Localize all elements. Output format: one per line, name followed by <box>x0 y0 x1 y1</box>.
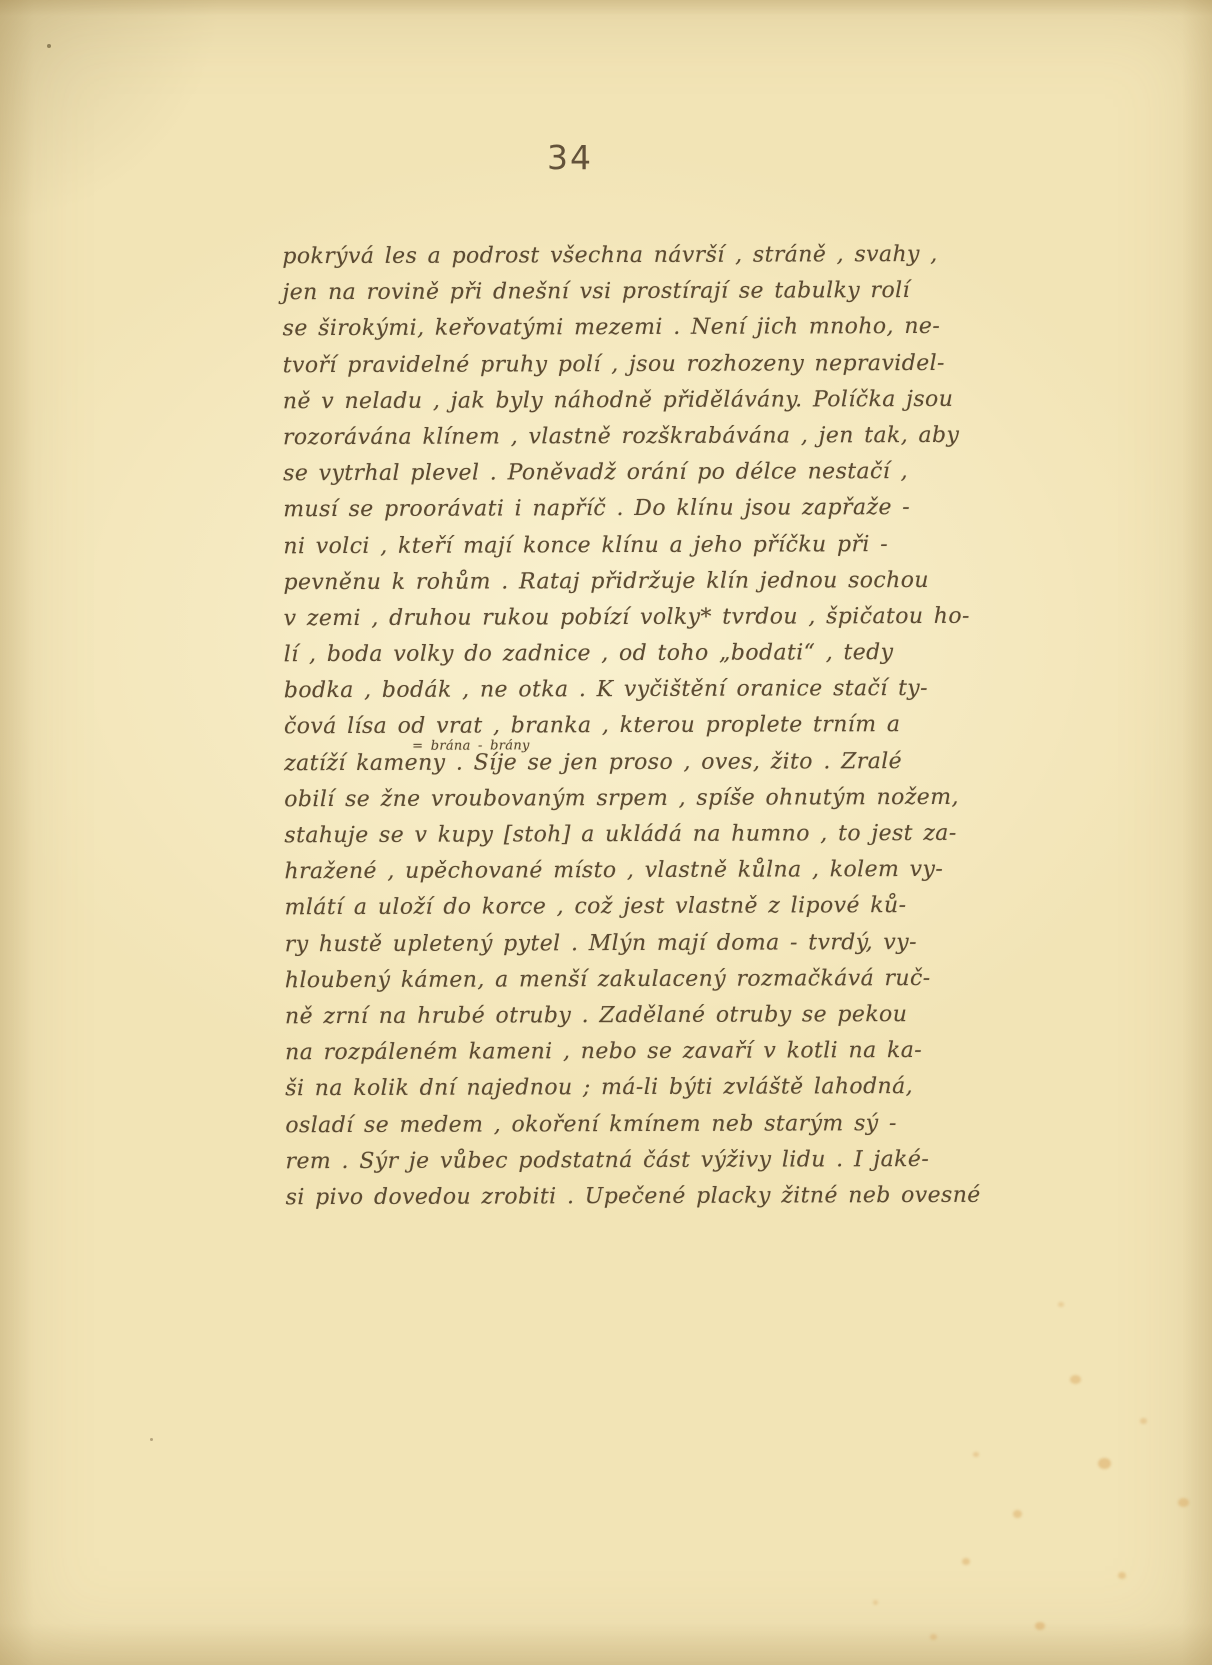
foxing-stain <box>873 1600 878 1605</box>
paper-speck <box>150 1438 153 1441</box>
foxing-stain <box>1013 1510 1022 1518</box>
foxing-stain <box>1178 1498 1189 1507</box>
foxing-stain <box>1035 1622 1045 1630</box>
text-line: se vytrhal plevel . Poněvadž orání po dé… <box>283 454 973 493</box>
foxing-stain <box>973 1452 979 1457</box>
foxing-stain <box>1058 1302 1064 1307</box>
text-line: ni volci , kteří mají konce klínu a jeho… <box>283 526 973 565</box>
text-line: hražené , upěchované místo , vlastně kůl… <box>284 852 974 891</box>
text-line: si pivo dovedou zrobiti . Upečené placky… <box>286 1178 976 1217</box>
foxing-stain <box>1118 1572 1126 1579</box>
text-line: musí se proorávati i napříč . Do klínu j… <box>283 490 973 529</box>
text-line-with-annotation: = brána - brány zatíží kameny . Síje se … <box>284 743 974 782</box>
foxing-stain <box>962 1558 970 1565</box>
page-number: 34 <box>525 138 615 177</box>
text-line: rem . Sýr je vůbec podstatná část výživy… <box>285 1141 975 1180</box>
text-line: ry hustě upletený pytel . Mlýn mají doma… <box>285 924 975 963</box>
text-line: pevněnu k rohům . Rataj přidržuje klín j… <box>283 562 973 601</box>
foxing-stain <box>1070 1375 1081 1384</box>
text-line: lí , boda volky do zadnice , od toho „bo… <box>284 635 974 674</box>
text-line: na rozpáleném kameni , nebo se zavaří v … <box>285 1033 975 1072</box>
text-line: bodka , bodák , ne otka . K vyčištění or… <box>284 671 974 710</box>
text-line: pokrývá les a podrost všechna návrší , s… <box>282 237 972 276</box>
text-line: jen na rovině při dnešní vsi prostírají … <box>282 273 972 312</box>
text-line: ši na kolik dní najednou ; má-li býti zv… <box>285 1069 975 1108</box>
text-line: ně zrní na hrubé otruby . Zadělané otrub… <box>285 997 975 1036</box>
handwritten-text-block: pokrývá les a podrost všechna návrší , s… <box>282 237 975 1216</box>
text-line: osladí se medem , okoření kmínem neb sta… <box>285 1105 975 1144</box>
text-line: ně v neladu , jak byly náhodně přidělává… <box>283 382 973 421</box>
manuscript-page: 34 pokrývá les a podrost všechna návrší … <box>0 0 1212 1665</box>
text-line: hloubený kámen, a menší zakulacený rozma… <box>285 961 975 1000</box>
text-line: zatíží kameny . Síje se jen proso , oves… <box>284 749 902 776</box>
text-line: stahuje se v kupy [stoh] a ukládá na hum… <box>284 816 974 855</box>
foxing-stain <box>1098 1458 1111 1469</box>
text-line: tvoří pravidelné pruhy polí , jsou rozho… <box>283 345 973 384</box>
marginal-annotation: = brána - brány <box>412 728 530 765</box>
text-line: se širokými, keřovatými mezemi . Není ji… <box>283 309 973 348</box>
foxing-stain <box>1140 1418 1147 1424</box>
text-line: mlátí a uloží do korce , což jest vlastn… <box>285 888 975 927</box>
text-line: v zemi , druhou rukou pobízí volky* tvrd… <box>284 599 974 638</box>
foxing-stain <box>930 1634 937 1640</box>
paper-speck <box>47 44 51 48</box>
text-line: čová lísa od vrat , branka , kterou prop… <box>284 707 974 746</box>
text-line: rozorávána klínem , vlastně rozškrabáván… <box>283 418 973 457</box>
text-line: obilí se žne vroubovaným srpem , spíše o… <box>284 780 974 819</box>
